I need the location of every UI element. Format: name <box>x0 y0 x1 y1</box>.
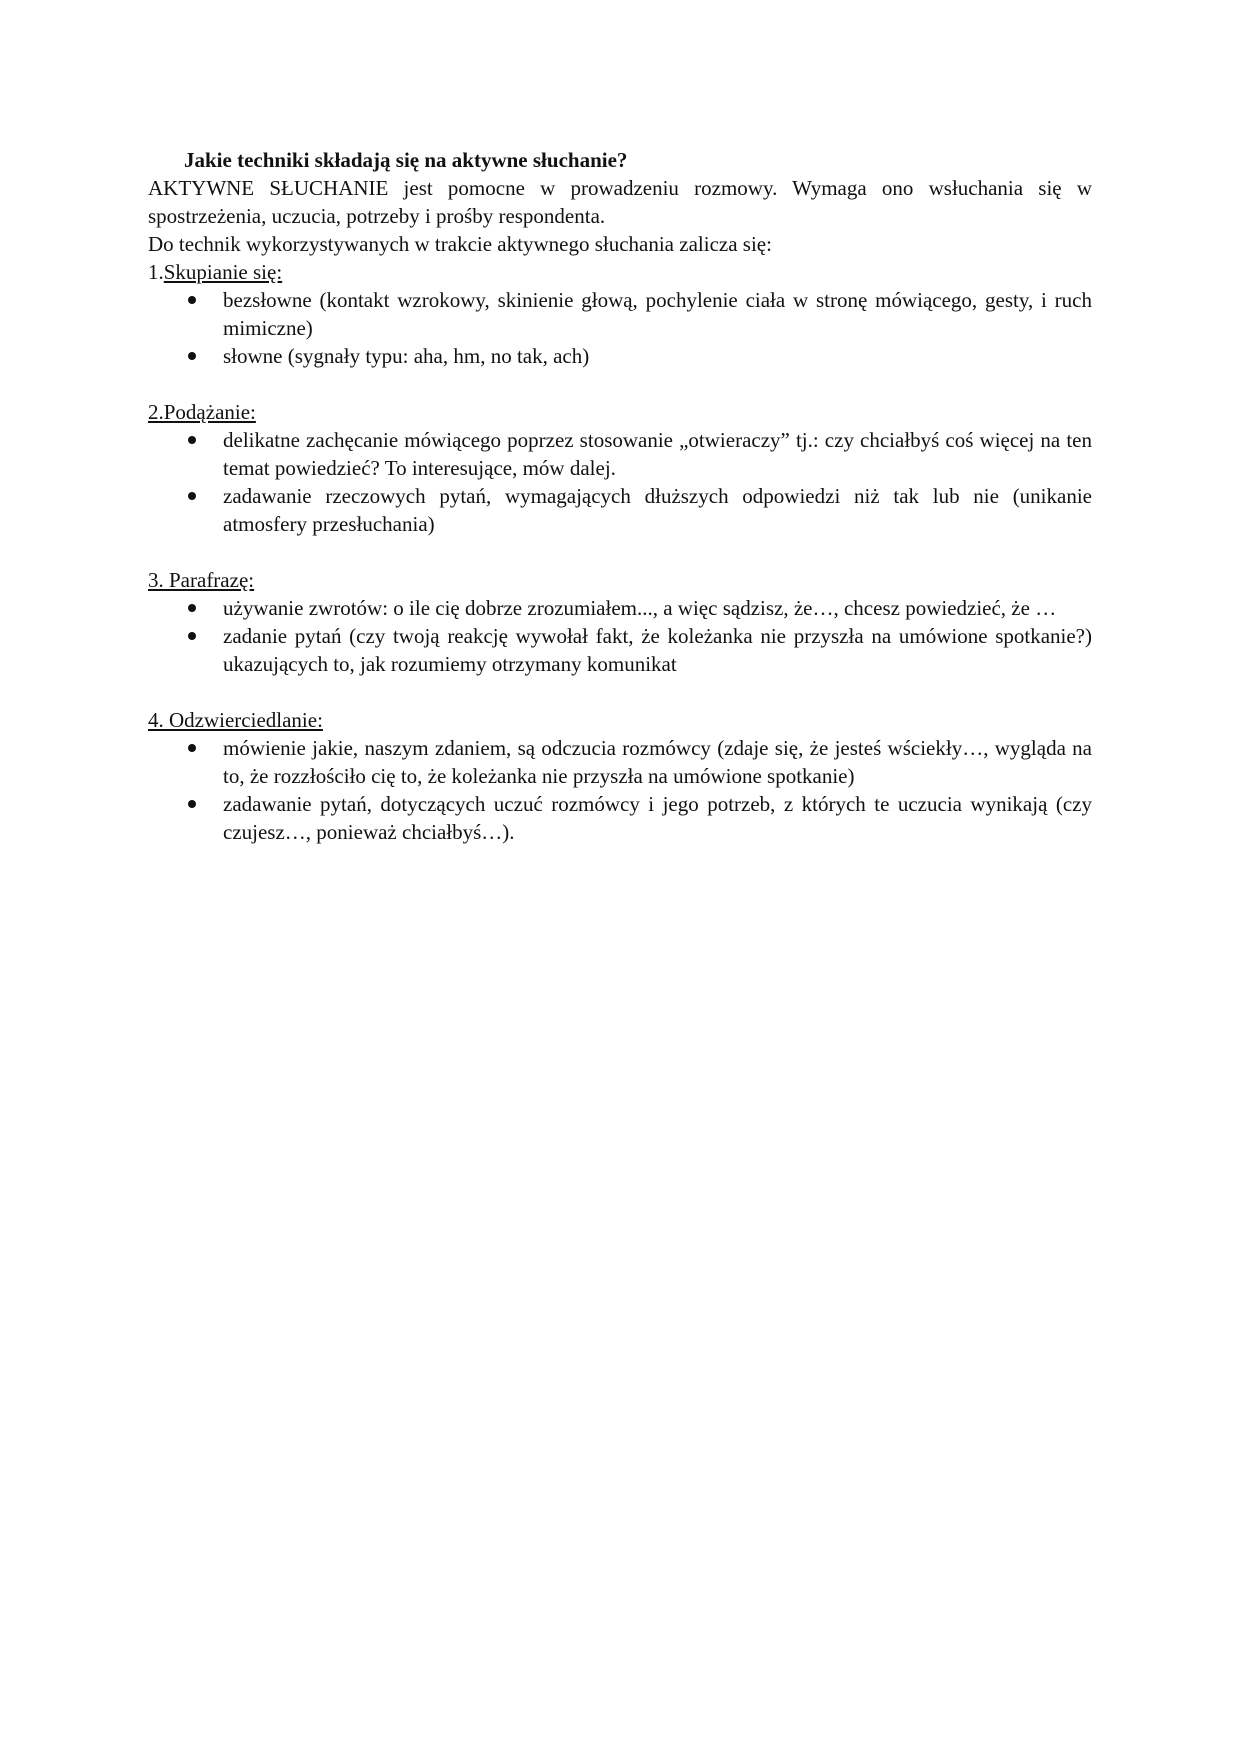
list-item: bezsłowne (kontakt wzrokowy, skinienie g… <box>148 286 1092 342</box>
bullet-list: używanie zwrotów: o ile cię dobrze zrozu… <box>148 594 1092 678</box>
list-item: używanie zwrotów: o ile cię dobrze zrozu… <box>148 594 1092 622</box>
section-heading: 1.Skupianie się: <box>148 258 1092 286</box>
list-item-text: zadawanie pytań, dotyczących uczuć rozmó… <box>223 792 1092 844</box>
bullet-icon <box>188 436 196 444</box>
list-item-text: mówienie jakie, naszym zdaniem, są odczu… <box>223 736 1092 788</box>
intro-paragraph: AKTYWNE SŁUCHANIE jest pomocne w prowadz… <box>148 174 1092 230</box>
list-item-text: słowne (sygnały typu: aha, hm, no tak, a… <box>223 344 589 368</box>
bullet-icon <box>188 744 196 752</box>
bullet-icon <box>188 352 196 360</box>
section-skupianie: 1.Skupianie się: bezsłowne (kontakt wzro… <box>148 258 1092 370</box>
section-odzwierciedlanie: 4. Odzwierciedlanie: mówienie jakie, nas… <box>148 706 1092 846</box>
section-title: 4. Odzwierciedlanie: <box>148 708 323 732</box>
list-item: mówienie jakie, naszym zdaniem, są odczu… <box>148 734 1092 790</box>
section-parafraza: 3. Parafrazę: używanie zwrotów: o ile ci… <box>148 566 1092 678</box>
bullet-icon <box>188 632 196 640</box>
list-item: słowne (sygnały typu: aha, hm, no tak, a… <box>148 342 1092 370</box>
bullet-list: mówienie jakie, naszym zdaniem, są odczu… <box>148 734 1092 846</box>
section-heading: 3. Parafrazę: <box>148 566 1092 594</box>
section-heading: 2.Podążanie: <box>148 398 1092 426</box>
document-page: Jakie techniki składają się na aktywne s… <box>148 146 1092 846</box>
intro-lead: AKTYWNE SŁUCHANIE <box>148 176 388 200</box>
list-item: zadawanie pytań, dotyczących uczuć rozmó… <box>148 790 1092 846</box>
list-item-text: zadanie pytań (czy twoją reakcję wywołał… <box>223 624 1092 676</box>
list-item-text: zadawanie rzeczowych pytań, wymagających… <box>223 484 1092 536</box>
list-item: delikatne zachęcanie mówiącego poprzez s… <box>148 426 1092 482</box>
section-heading: 4. Odzwierciedlanie: <box>148 706 1092 734</box>
section-title: Skupianie się: <box>164 260 282 284</box>
bullet-list: delikatne zachęcanie mówiącego poprzez s… <box>148 426 1092 538</box>
section-podazanie: 2.Podążanie: delikatne zachęcanie mówiąc… <box>148 398 1092 538</box>
list-item: zadanie pytań (czy twoją reakcję wywołał… <box>148 622 1092 678</box>
document-title: Jakie techniki składają się na aktywne s… <box>148 146 1092 174</box>
bullet-icon <box>188 604 196 612</box>
list-item-text: używanie zwrotów: o ile cię dobrze zrozu… <box>223 596 1056 620</box>
bullet-icon <box>188 800 196 808</box>
list-item-text: delikatne zachęcanie mówiącego poprzez s… <box>223 428 1092 480</box>
lead-in-text: Do technik wykorzystywanych w trakcie ak… <box>148 230 1092 258</box>
section-number: 1. <box>148 260 164 284</box>
section-title: 3. Parafrazę: <box>148 568 254 592</box>
list-item: zadawanie rzeczowych pytań, wymagających… <box>148 482 1092 538</box>
bullet-icon <box>188 492 196 500</box>
bullet-icon <box>188 296 196 304</box>
bullet-list: bezsłowne (kontakt wzrokowy, skinienie g… <box>148 286 1092 370</box>
section-title: 2.Podążanie: <box>148 400 256 424</box>
list-item-text: bezsłowne (kontakt wzrokowy, skinienie g… <box>223 288 1092 340</box>
